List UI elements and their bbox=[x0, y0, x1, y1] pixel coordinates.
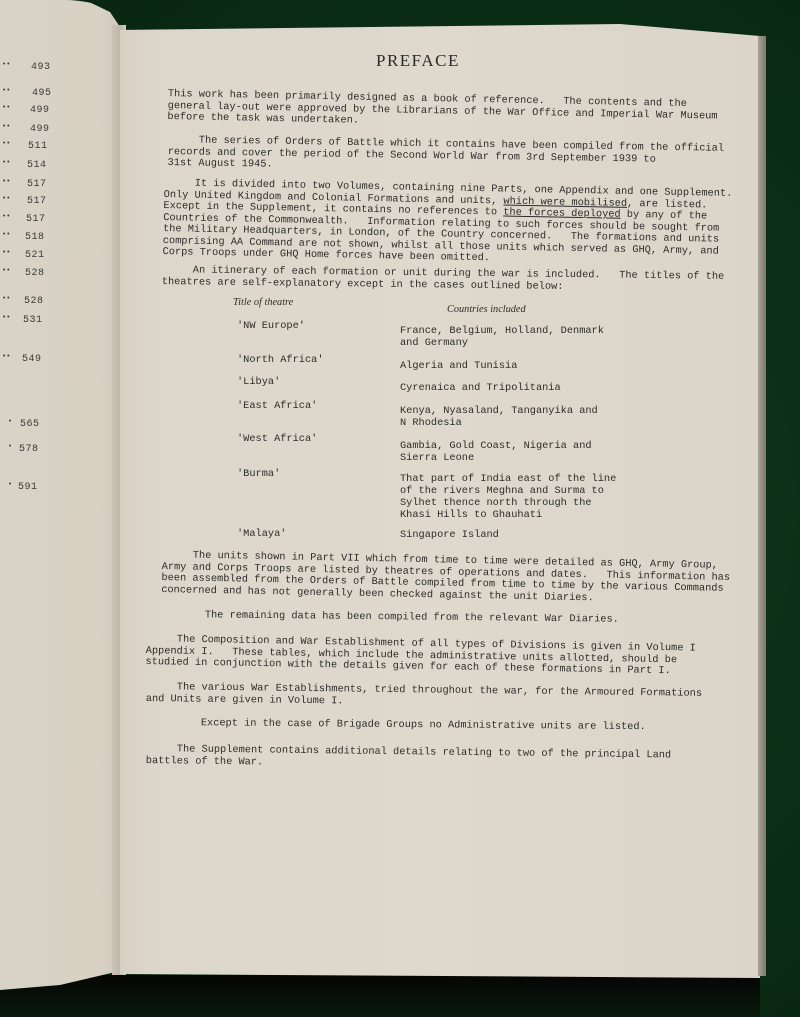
text-line: of the rivers Meghna and Surma to bbox=[400, 485, 616, 497]
toc-page-number: 578 bbox=[19, 444, 39, 455]
toc-leader-dots: •• bbox=[2, 159, 10, 167]
toc-page-number: 517 bbox=[26, 214, 46, 225]
toc-leader-dots: • bbox=[8, 481, 12, 489]
toc-leader-dots: •• bbox=[2, 104, 10, 112]
toc-page-number: 591 bbox=[18, 482, 38, 493]
text-line: Gambia, Gold Coast, Nigeria and bbox=[400, 440, 592, 452]
theatre-countries: Kenya, Nyasaland, Tanganyika andN Rhodes… bbox=[400, 405, 598, 429]
theatre-title: 'Malaya' bbox=[237, 528, 286, 540]
paragraph-p3: It is divided into two Volumes, containi… bbox=[162, 178, 732, 269]
toc-leader-dots: •• bbox=[2, 249, 10, 257]
toc-leader-dots: •• bbox=[2, 195, 10, 203]
page-block-edge bbox=[758, 36, 766, 976]
toc-page-number: 499 bbox=[30, 124, 50, 135]
toc-leader-dots: •• bbox=[2, 231, 10, 239]
toc-page-number: 521 bbox=[25, 250, 45, 261]
toc-page-number: 528 bbox=[25, 268, 45, 279]
toc-page-number: 493 bbox=[31, 62, 51, 73]
toc-leader-dots: • bbox=[8, 418, 12, 426]
text-line: France, Belgium, Holland, Denmark bbox=[400, 325, 604, 337]
toc-page-number: 511 bbox=[28, 141, 48, 152]
toc-page-number: 517 bbox=[27, 179, 47, 190]
theatre-title: 'NW Europe' bbox=[237, 320, 305, 332]
toc-page-number: 549 bbox=[22, 354, 42, 365]
theatre-title: 'West Africa' bbox=[237, 433, 317, 445]
column-header-title: Title of theatre bbox=[233, 297, 293, 308]
theatre-title: 'Burma' bbox=[237, 468, 280, 480]
left-page bbox=[0, 0, 125, 990]
toc-page-number: 495 bbox=[32, 88, 52, 99]
toc-page-number: 528 bbox=[24, 296, 44, 307]
column-header-countries: Countries included bbox=[447, 304, 526, 315]
theatre-countries: Gambia, Gold Coast, Nigeria andSierra Le… bbox=[400, 440, 592, 464]
text-line: Kenya, Nyasaland, Tanganyika and bbox=[400, 405, 598, 417]
toc-leader-dots: •• bbox=[2, 213, 10, 221]
toc-page-number: 518 bbox=[25, 232, 45, 243]
theatre-countries: France, Belgium, Holland, Denmarkand Ger… bbox=[400, 325, 604, 349]
toc-leader-dots: •• bbox=[2, 178, 10, 186]
theatre-title: 'East Africa' bbox=[237, 400, 317, 412]
toc-page-number: 565 bbox=[20, 419, 40, 430]
book-shadow bbox=[0, 975, 760, 1017]
toc-leader-dots: •• bbox=[2, 314, 10, 322]
text-line: Sierra Leone bbox=[400, 452, 592, 464]
theatre-countries: Cyrenaica and Tripolitania bbox=[400, 382, 561, 394]
text-line: N Rhodesia bbox=[400, 417, 598, 429]
toc-leader-dots: • bbox=[8, 443, 12, 451]
toc-page-number: 517 bbox=[27, 196, 47, 207]
text-line: Khasi Hills to Ghauhati bbox=[400, 509, 616, 521]
toc-page-number: 499 bbox=[30, 105, 50, 116]
theatre-countries: Singapore Island bbox=[400, 529, 499, 541]
toc-leader-dots: •• bbox=[2, 61, 10, 69]
theatre-title: 'Libya' bbox=[237, 376, 280, 388]
text-line: That part of India east of the line bbox=[400, 473, 616, 485]
theatre-countries: Algeria and Tunisia bbox=[400, 360, 517, 372]
toc-leader-dots: •• bbox=[2, 353, 10, 361]
toc-leader-dots: •• bbox=[2, 140, 10, 148]
toc-leader-dots: •• bbox=[2, 295, 10, 303]
theatre-countries: That part of India east of the lineof th… bbox=[400, 473, 616, 521]
toc-leader-dots: •• bbox=[2, 87, 10, 95]
text-line: Sylhet thence north through the bbox=[400, 497, 616, 509]
text-line: Singapore Island bbox=[400, 529, 499, 541]
theatre-title: 'North Africa' bbox=[237, 354, 324, 366]
toc-page-number: 531 bbox=[23, 315, 43, 326]
text-line: and Germany bbox=[400, 337, 604, 349]
text-line: Cyrenaica and Tripolitania bbox=[400, 382, 561, 394]
page-title: PREFACE bbox=[376, 51, 460, 71]
toc-leader-dots: •• bbox=[2, 123, 10, 131]
toc-page-number: 514 bbox=[27, 160, 47, 171]
toc-leader-dots: •• bbox=[2, 267, 10, 275]
text-line: Algeria and Tunisia bbox=[400, 360, 517, 372]
